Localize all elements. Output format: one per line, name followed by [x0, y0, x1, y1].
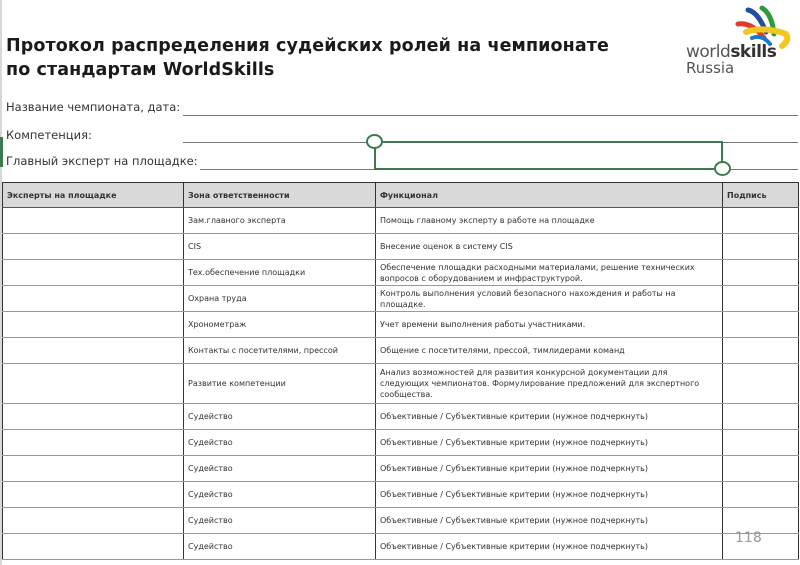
zone-cell: Судейство — [184, 456, 376, 482]
title-line-2: по стандартам WorldSkills — [6, 58, 609, 82]
page-title: Протокол распределения судейских ролей н… — [6, 34, 609, 82]
table-row: Развитие компетенцииАнализ возможностей … — [3, 364, 799, 404]
table-row: CISВнесение оценок в систему CIS — [3, 234, 799, 260]
expert-cell[interactable] — [3, 208, 184, 234]
zone-cell: Судейство — [184, 482, 376, 508]
function-cell: Объективные / Субъективные критерии (нуж… — [376, 456, 723, 482]
zone-cell: Зам.главного эксперта — [184, 208, 376, 234]
table-row: СудействоОбъективные / Субъективные крит… — [3, 430, 799, 456]
expert-cell[interactable] — [3, 260, 184, 286]
expert-cell[interactable] — [3, 508, 184, 534]
expert-cell[interactable] — [3, 404, 184, 430]
column-header-experts: Эксперты на площадке — [3, 183, 184, 208]
resize-handle-top-left[interactable] — [366, 134, 383, 149]
function-cell: Учет времени выполнения работы участника… — [376, 312, 723, 338]
signature-cell[interactable] — [723, 430, 799, 456]
title-line-1: Протокол распределения судейских ролей н… — [6, 34, 609, 58]
signature-cell[interactable] — [723, 364, 799, 404]
signature-cell[interactable] — [723, 456, 799, 482]
column-header-function: Функционал — [376, 183, 723, 208]
function-cell: Обеспечение площадки расходными материал… — [376, 260, 723, 286]
signature-cell[interactable] — [723, 208, 799, 234]
function-cell: Объективные / Субъективные критерии (нуж… — [376, 404, 723, 430]
zone-cell: Тех.обеспечение площадки — [184, 260, 376, 286]
competence-label: Компетенция: — [6, 128, 92, 142]
function-cell: Объективные / Субъективные критерии (нуж… — [376, 482, 723, 508]
expert-cell[interactable] — [3, 456, 184, 482]
signature-cell[interactable] — [723, 312, 799, 338]
roles-table: Эксперты на площадке Зона ответственност… — [2, 182, 799, 560]
function-cell: Контроль выполнения условий безопасного … — [376, 286, 723, 312]
table-row: Охрана трудаКонтроль выполнения условий … — [3, 286, 799, 312]
column-header-signature: Подпись — [723, 183, 799, 208]
table-row: Тех.обеспечение площадкиОбеспечение площ… — [3, 260, 799, 286]
table-row: СудействоОбъективные / Субъективные крит… — [3, 482, 799, 508]
selection-bottom-edge — [374, 168, 723, 170]
logo-russia: Russia — [686, 59, 734, 77]
function-cell: Объективные / Субъективные критерии (нуж… — [376, 430, 723, 456]
table-row: Зам.главного экспертаПомощь главному экс… — [3, 208, 799, 234]
expert-cell[interactable] — [3, 534, 184, 560]
expert-cell[interactable] — [3, 286, 184, 312]
championship-field[interactable] — [183, 115, 798, 116]
table-row: СудействоОбъективные / Субъективные крит… — [3, 456, 799, 482]
resize-handle-bottom-right[interactable] — [714, 161, 731, 176]
table-row: Контакты с посетителями, прессойОбщение … — [3, 338, 799, 364]
zone-cell: Судейство — [184, 508, 376, 534]
expert-cell[interactable] — [3, 234, 184, 260]
signature-cell[interactable] — [723, 234, 799, 260]
page-number: 118 — [735, 530, 762, 546]
zone-cell: Контакты с посетителями, прессой — [184, 338, 376, 364]
zone-cell: Судейство — [184, 430, 376, 456]
expert-cell[interactable] — [3, 430, 184, 456]
signature-cell[interactable] — [723, 338, 799, 364]
signature-cell[interactable] — [723, 260, 799, 286]
column-header-zone: Зона ответственности — [184, 183, 376, 208]
zone-cell: CIS — [184, 234, 376, 260]
zone-cell: Судейство — [184, 404, 376, 430]
signature-cell[interactable] — [723, 482, 799, 508]
function-cell: Объективные / Субъективные критерии (нуж… — [376, 534, 723, 560]
table-row: ХронометражУчет времени выполнения работ… — [3, 312, 799, 338]
expert-cell[interactable] — [3, 338, 184, 364]
signature-cell[interactable] — [723, 286, 799, 312]
expert-cell[interactable] — [3, 482, 184, 508]
table-row: СудействоОбъективные / Субъективные крит… — [3, 534, 799, 560]
signature-cell[interactable] — [723, 404, 799, 430]
function-cell: Общение с посетителями, прессой, тимлиде… — [376, 338, 723, 364]
championship-label: Название чемпионата, дата: — [6, 100, 180, 114]
function-cell: Помощь главному эксперту в работе на пло… — [376, 208, 723, 234]
table-row: СудействоОбъективные / Субъективные крит… — [3, 508, 799, 534]
selection-top-edge — [374, 141, 723, 143]
worldskills-logo: worldskills Russia — [686, 4, 796, 84]
function-cell: Анализ возможностей для развития конкурс… — [376, 364, 723, 404]
table-row: СудействоОбъективные / Субъективные крит… — [3, 404, 799, 430]
zone-cell: Судейство — [184, 534, 376, 560]
selection-marker — [0, 137, 3, 167]
chief-expert-label: Главный эксперт на площадке: — [6, 154, 198, 168]
zone-cell: Хронометраж — [184, 312, 376, 338]
expert-cell[interactable] — [3, 312, 184, 338]
zone-cell: Развитие компетенции — [184, 364, 376, 404]
function-cell: Объективные / Субъективные критерии (нуж… — [376, 508, 723, 534]
zone-cell: Охрана труда — [184, 286, 376, 312]
table-header-row: Эксперты на площадке Зона ответственност… — [3, 183, 799, 208]
expert-cell[interactable] — [3, 364, 184, 404]
function-cell: Внесение оценок в систему CIS — [376, 234, 723, 260]
